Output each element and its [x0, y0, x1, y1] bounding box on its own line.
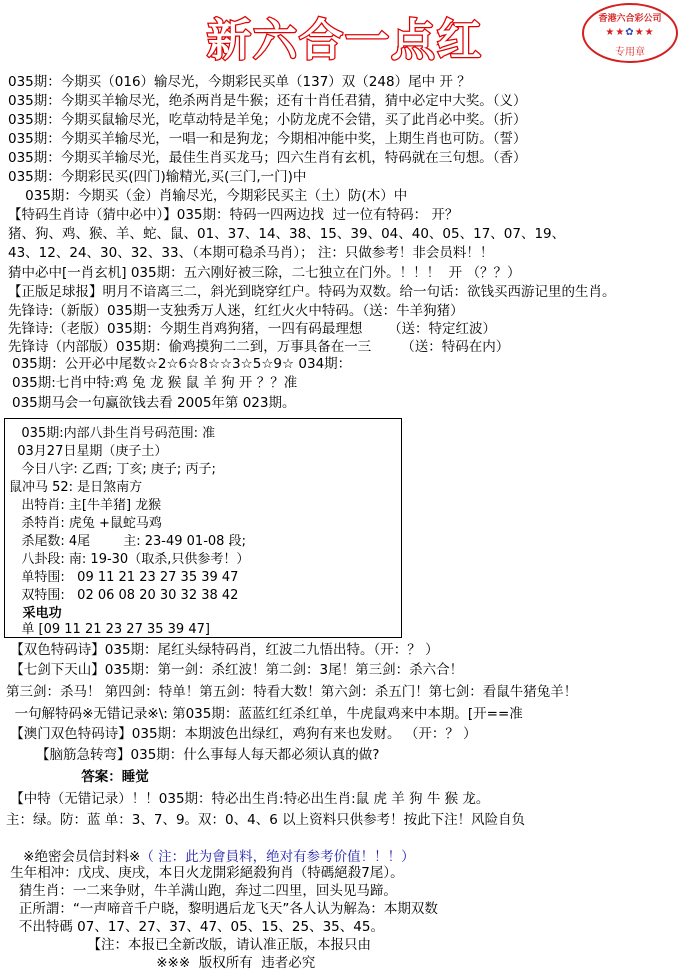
stamp-company-name: 香港六合彩公司 — [584, 11, 676, 24]
member-note-label: ※绝密会员信封料※ — [15, 849, 141, 865]
text-line: 【脑筋急转弯】035期：什么事每人每天都必须认真的做? — [6, 746, 379, 764]
text-line: 第三剑：杀马！ 第四剑：特单！第五剑：特看大数！第六剑：杀五门！第七剑：看鼠牛猪… — [6, 683, 577, 701]
text-line: 035期:七肖中特:鸡 兔 龙 猴 鼠 羊 狗 开 ？？准 — [12, 374, 297, 392]
text-line: 【中特（无错记录）！！035期：特必出生肖:特必出生肖:鼠 虎 羊 狗 牛 猴 … — [6, 790, 489, 808]
text-line: 035期马会一句赢欲钱去看 2005年第 023期。 — [12, 394, 295, 412]
text-line: 【七剑下天山】035期：第一剑：杀红波！第二剑：3尾！第三剑：杀六合！ — [6, 661, 463, 679]
text-line: 【正版足球报】明月不谙离三二，斜光到晓穿红户。特码为双数。给一句话：欲钱买西游记… — [8, 283, 616, 301]
box-line: 单特围: 09 11 21 23 27 35 39 47 — [9, 569, 238, 587]
star-icon: ★★ — [635, 27, 655, 38]
text-line: 主：绿。防：蓝 单：3、7、9。双：0、4、6 以上资料只供参考！按此下注！风险… — [6, 811, 525, 829]
text-line: 不出特碼 07、17、27、37、47、05、15、25、35、45。 — [6, 918, 384, 936]
text-line: 先锋诗:（新版）035期一支独秀万人迷，红红火火中特码。（送：牛羊狗猪） — [8, 302, 464, 320]
page-title: 新六合一点红 — [205, 8, 485, 64]
text-line: 猜中必中[一肖玄机] 035期：五六刚好被三除，二七独立在门外。！！！ 开 （？… — [8, 264, 520, 282]
text-line: 先锋诗（内部版）035期：偷鸡摸狗二二到，万事具备在一三 （送：特码在内） — [8, 338, 509, 356]
answer-line: 答案：睡觉 — [6, 768, 149, 786]
member-note-line: ※绝密会员信封料※（ 注：此为會員料，绝对有参考价值！！！） — [6, 830, 415, 848]
text-line: 先锋诗:（老版）035期：今期生肖鸡狗猪，一四有码最理想 （送：特定红波） — [8, 320, 496, 338]
text-line: 035期：今期买（016）输尽光，今期彩民买单（137）双（248）尾中 开 ？ — [8, 73, 471, 91]
text-line: 生年相冲：戊戌、庚戌，本日火龙開彩絕殺狗肖（特碼絕殺7尾）。 — [6, 864, 404, 882]
text-line: 035期：公开必中尾数☆2☆6☆8☆☆3☆5☆9☆ 034期： — [12, 355, 351, 373]
flower-icon: ✿ — [625, 27, 634, 38]
text-line: 一句解特码※无错记录※\: 第035期：蓝蓝红红杀红单，牛虎鼠鸡来中本期。[开=… — [6, 705, 523, 723]
box-line: 035期:内部八卦生肖号码范围: 准 — [9, 425, 215, 443]
text-line: 035期：今期买羊输尽光，绝杀两肖是牛猴；还有十肖任君猜，猜中必定中大奖。（义） — [8, 92, 527, 110]
bagua-info-box: 035期:内部八卦生肖号码范围: 准 03月27日星期（庚子土） 今日八字: 乙… — [4, 418, 402, 638]
box-line: 单 [09 11 21 23 27 35 39 47] — [9, 621, 210, 639]
text-line: 【双色特码诗】035期：尾红头绿特码肖，红波二九悟出特。（开：？ ） — [6, 641, 439, 659]
star-icon: ★★ — [605, 27, 625, 38]
box-line: 03月27日星期（庚子土） — [9, 443, 167, 461]
text-line: 43、12、24、30、32、33、（本期可稳杀马肖）； 注：只做参考！非会员料… — [8, 244, 493, 262]
text-line: 035期：今期买羊输尽光，最佳生肖买龙马；四六生肖有玄机，特码就在三句想。（香） — [8, 149, 527, 167]
text-line: 猪、狗、鸡、猴、羊、蛇、鼠、01、37、14、38、15、39、04、40、05… — [8, 225, 565, 243]
company-seal-stamp: 香港六合彩公司 ★★✿★★ 专用章 — [582, 3, 678, 63]
text-line: 猜生肖：一二来争财，牛羊满山跑，奔过二四里，回头见马蹄。 — [6, 882, 397, 900]
box-line: 双特围: 02 06 08 20 30 32 38 42 — [9, 587, 238, 605]
text-line: 【澳门双色特码诗】035期：本期波色出绿红，鸡狗有来也发财。 （开：？ ） — [6, 725, 477, 743]
stamp-stars: ★★✿★★ — [584, 27, 676, 38]
box-line: 杀特肖: 虎兔 +鼠蛇马鸡 — [9, 515, 162, 533]
text-line: 正所謂：“一声啼音千户晓，黎明遇后龙飞天”各人认为解為：本期双数 — [6, 900, 438, 918]
member-note-blue: （ 注：此为會員料，绝对有参考价值！！！） — [140, 849, 414, 865]
copyright-line: ※※※ 版权所有 违者必究 — [6, 954, 315, 972]
box-line: 八卦段: 南: 19-30（取杀,只供参考！） — [9, 551, 249, 569]
box-line: 鼠冲马 52: 是日煞南方 — [9, 479, 142, 497]
text-line: 【注：本报已全新改版，请认准正版，本报只由 — [6, 936, 371, 954]
box-line: 今日八字: 乙酉; 丁亥; 庚子; 丙子; — [9, 461, 216, 479]
box-line: 出特肖: 主[牛羊猪] 龙猴 — [9, 497, 161, 515]
text-line: 035期：今期买（金）肖输尽光，今期彩民买主（土）防(木）中 — [8, 187, 407, 205]
box-line: 杀尾数: 4尾 主: 23-49 01-08 段; — [9, 533, 246, 551]
text-line: 035期：今期买鼠输尽光，吃草动特是羊兔；小防龙虎不会错，买了此肖必中奖。（折） — [8, 111, 527, 129]
stamp-label: 专用章 — [584, 43, 676, 58]
text-line: 035期：今期买羊输尽光，一唱一和是狗龙；今期相冲能中奖，上期生肖也可防。（誓） — [8, 130, 527, 148]
text-line: 035期：今期彩民买(四门)输精光,买(三门,一门)中 — [8, 168, 306, 186]
header: 新六合一点红 香港六合彩公司 ★★✿★★ 专用章 — [0, 0, 681, 72]
text-line: 【特码生肖诗（猜中必中）】035期：特码一四两边找 过一位有特码： 开？ — [8, 206, 458, 224]
